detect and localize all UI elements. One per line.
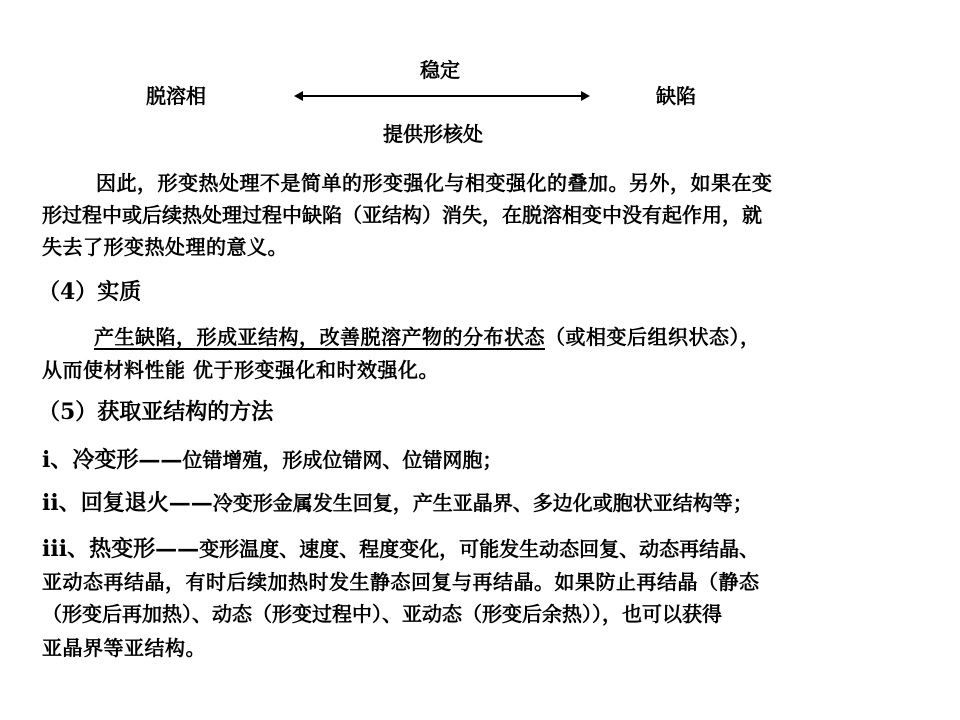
section-heading-5: （5）获取亚结构的方法 [38,401,273,423]
paragraph-line: 形过程中或后续热处理过程中缺陷（亚结构）消失，在脱溶相变中没有起作用，就 [42,205,762,225]
method-continuation-line: 亚动态再结晶，有时后续加热时发生静态回复与再结晶。如果防止再结晶（静态 [42,572,760,592]
method-desc: 变形温度、速度、程度变化，可能发生动态回复、动态再结晶、 [199,537,759,561]
method-continuation-line: 亚晶界等亚结构。 [42,638,206,658]
method-item-recovery-annealing: ii、回复退火——冷变形金属发生回复，产生亚晶界、多边化或胞状亚结构等； [42,492,753,514]
method-item-hot-deformation: iii、热变形——变形温度、速度、程度变化，可能发生动态回复、动态再结晶、 [42,538,759,560]
section-heading-4: （4）实质 [38,281,141,303]
double-arrow-icon [296,95,588,97]
section4-line2: 从而使材料性能 优于形变强化和时效强化。 [42,360,439,380]
paragraph-line: 因此，形变热处理不是简单的形变强化与相变强化的叠加。另外，如果在变 [96,173,773,193]
method-term: ii、回复退火—— [42,490,213,516]
method-continuation-line: （形变后再加热）、动态（形变过程中）、亚动态（形变后余热）），也可以获得 [42,604,722,624]
underlined-key-phrase: 产生缺陷，形成亚结构，改善脱溶产物的分布状态 [94,325,545,349]
method-item-cold-deformation: i、冷变形——位错增殖，形成位错网、位错网胞； [42,449,502,471]
method-term: i、冷变形—— [42,447,182,473]
diagram-left-label: 脱溶相 [146,86,206,106]
diagram-bottom-label: 提供形核处 [383,124,483,144]
method-desc: 位错增殖，形成位错网、位错网胞； [182,448,502,472]
paragraph-line: 失去了形变热处理的意义。 [42,237,288,257]
method-desc: 冷变形金属发生回复，产生亚晶界、多边化或胞状亚结构等； [213,491,753,515]
diagram-right-label: 缺陷 [656,86,696,106]
method-term: iii、热变形—— [42,536,199,562]
diagram-top-label: 稳定 [420,60,460,80]
section4-line1-rest: （或相变后组织状态）， [545,325,761,349]
section4-line1: 产生缺陷，形成亚结构，改善脱溶产物的分布状态（或相变后组织状态）， [94,327,761,347]
